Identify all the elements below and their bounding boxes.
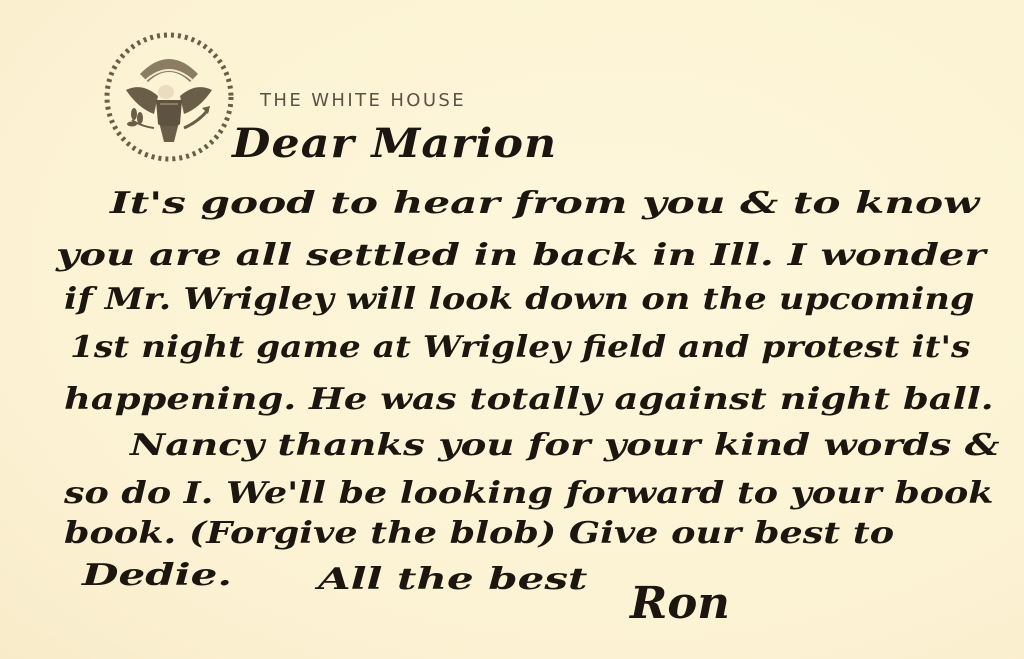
body-line: you are all settled in back in Ill. I wo… [56, 238, 986, 273]
body-line: Nancy thanks you for your kind words & [130, 428, 1000, 463]
body-line: book. (Forgive the blob) Give our best t… [64, 516, 894, 551]
body-line: so do I. We'll be looking forward to you… [64, 476, 994, 511]
body-line: happening. He was totally against night … [64, 382, 994, 417]
body-line: 1st night game at Wrigley field and prot… [70, 330, 970, 365]
body-line: Dedie. [82, 558, 232, 593]
body-line: It's good to hear from you & to know [110, 186, 979, 221]
signature: Ron [630, 578, 730, 629]
note-card: THE WHITE HOUSE Dear Marion It's good to… [0, 0, 1024, 659]
presidential-seal-icon [102, 30, 236, 164]
letterhead-title: THE WHITE HOUSE [260, 90, 466, 111]
body-line: if Mr. Wrigley will look down on the upc… [64, 282, 974, 317]
closing: All the best [318, 562, 587, 597]
salutation: Dear Marion [232, 120, 557, 167]
